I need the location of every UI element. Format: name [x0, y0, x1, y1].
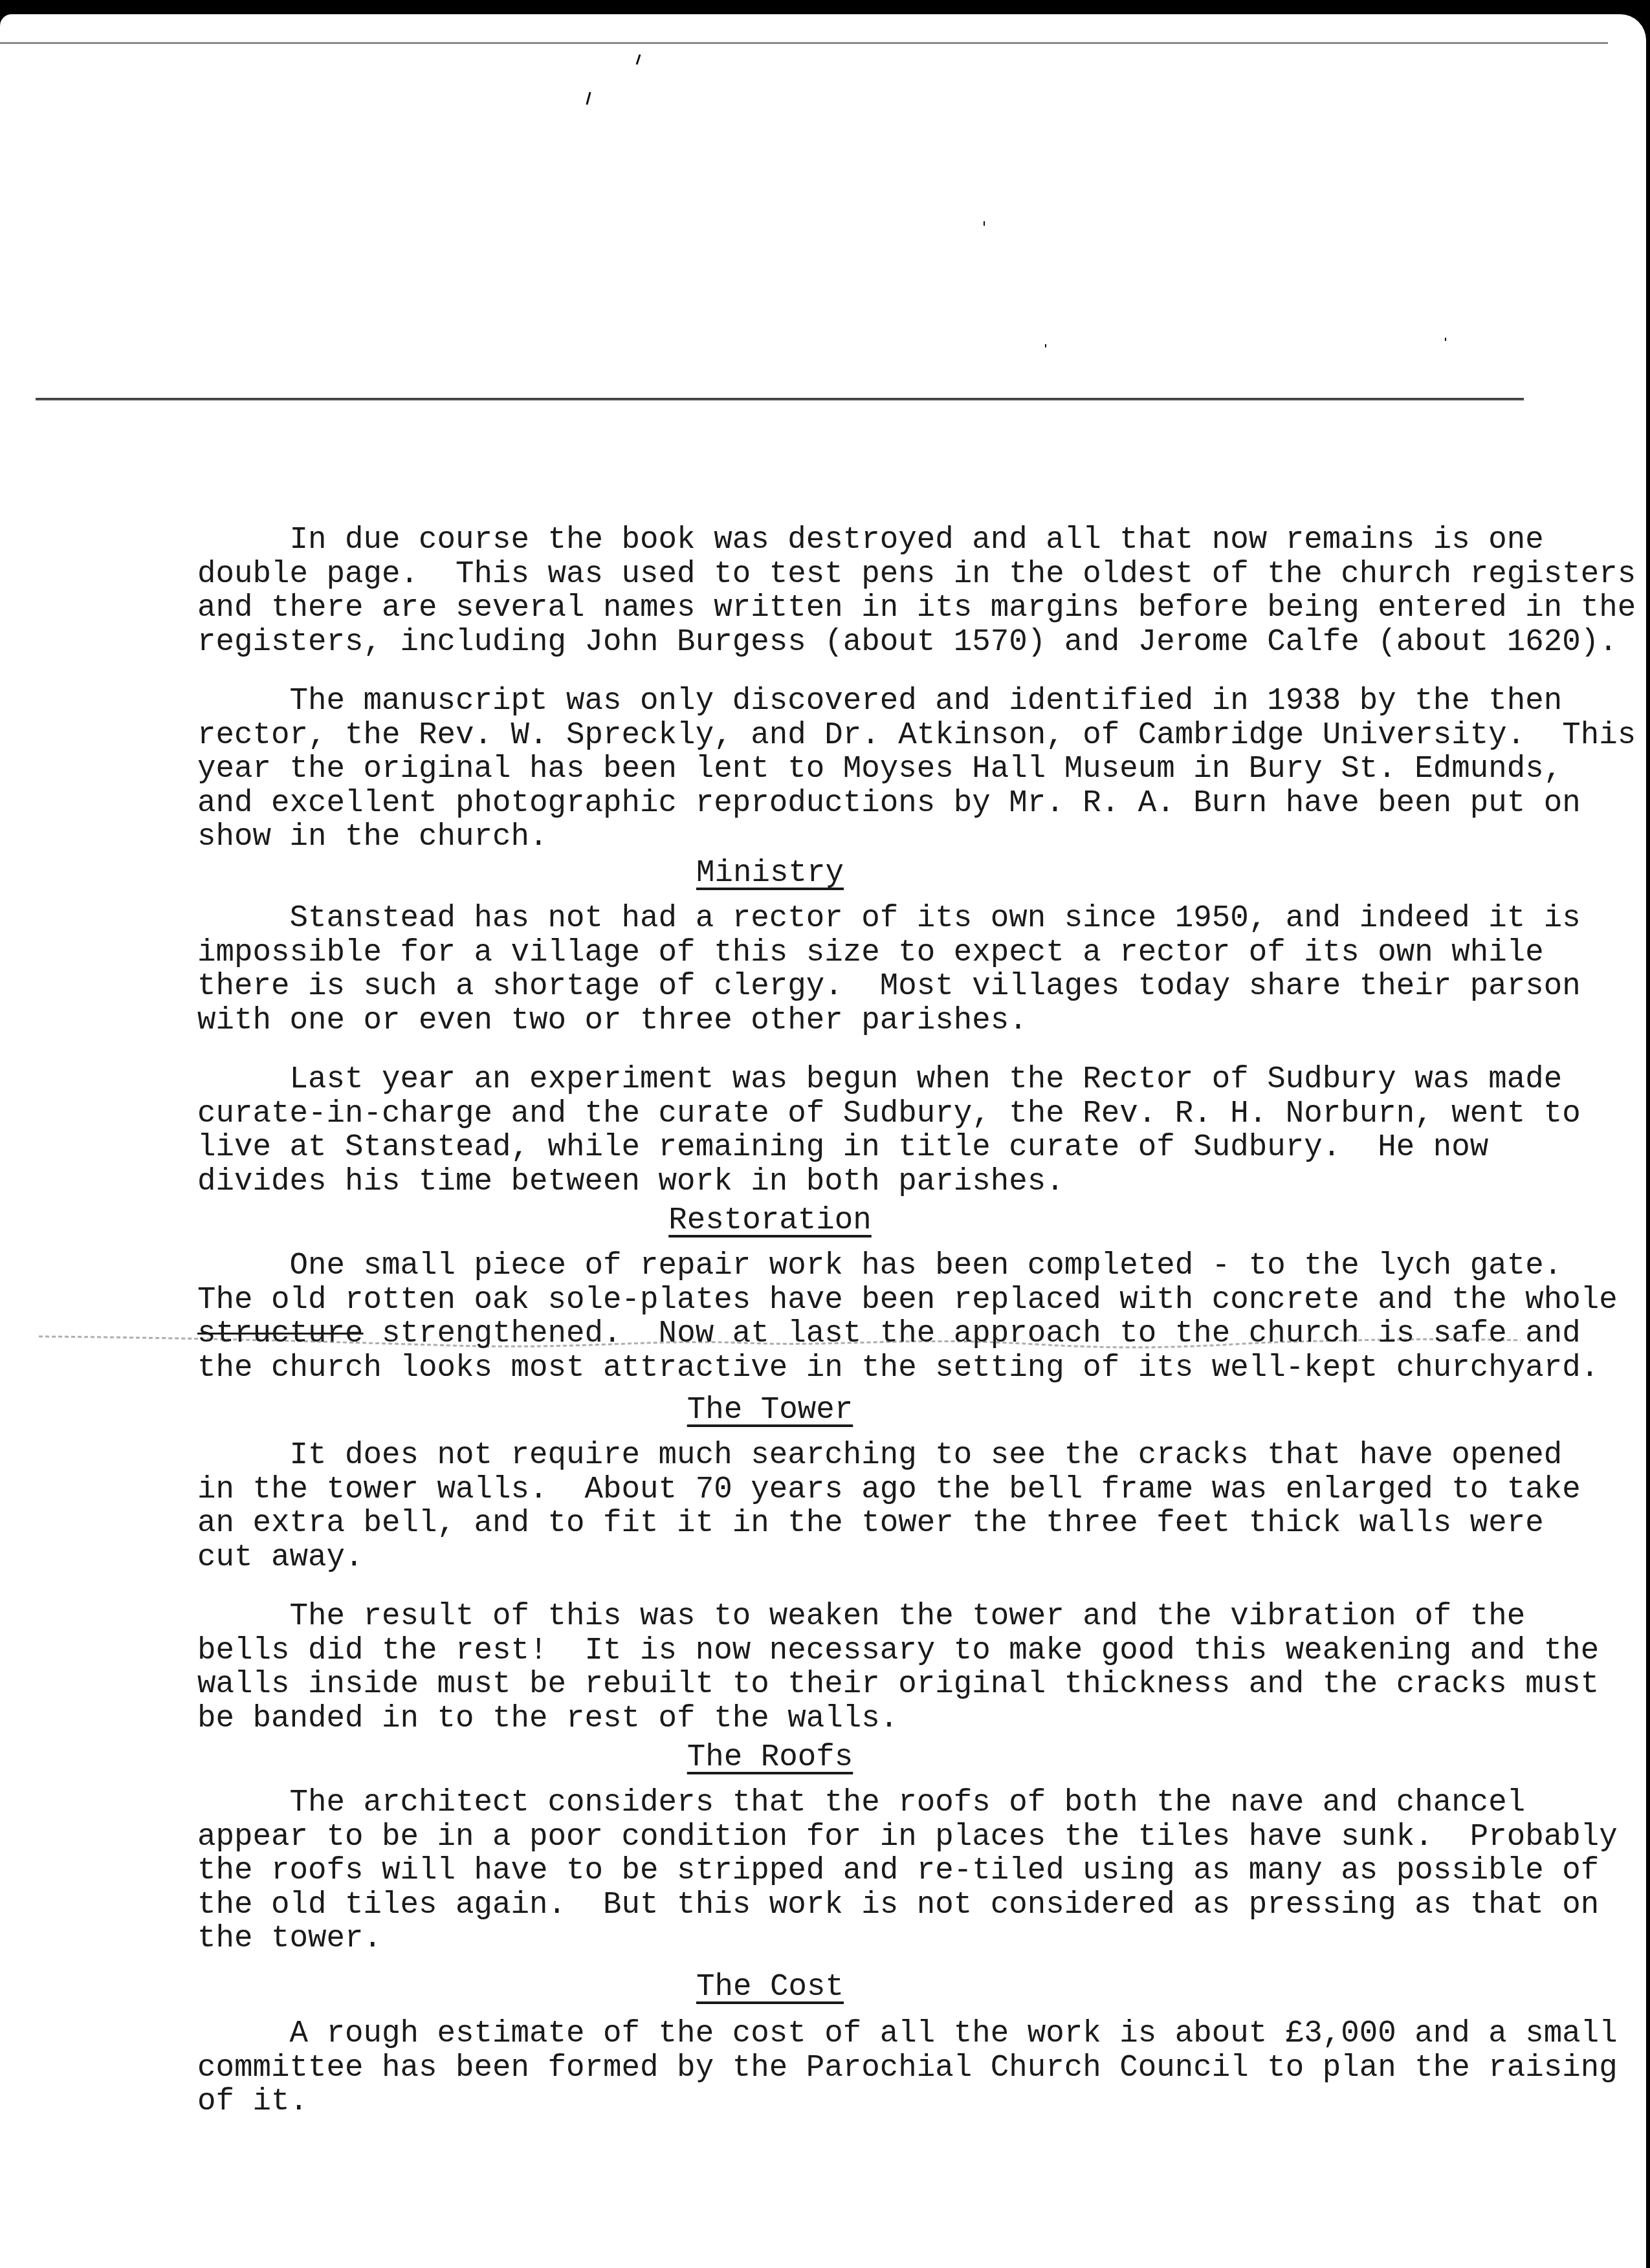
- text-line: Last year an experiment was begun when t…: [197, 1065, 1562, 1096]
- text-line: A rough estimate of the cost of all the …: [197, 2019, 1618, 2050]
- section-heading-cost: The Cost: [0, 1972, 1540, 2003]
- text-line: with one or even two or three other pari…: [197, 1006, 1028, 1037]
- text-line: and there are several names written in i…: [197, 593, 1636, 624]
- text-line: double page. This was used to test pens …: [197, 560, 1636, 591]
- section-heading-restoration: Restoration: [0, 1206, 1540, 1237]
- text-line: In due course the book was destroyed and…: [197, 525, 1544, 556]
- text-line: an extra bell, and to fit it in the towe…: [197, 1509, 1544, 1540]
- text-line: The old rotten oak sole-plates have been…: [197, 1285, 1618, 1316]
- text-line: bells did the rest! It is now necessary …: [197, 1636, 1599, 1667]
- text-line: registers, including John Burgess (about…: [197, 627, 1618, 659]
- text-line: committee has been formed by the Parochi…: [197, 2053, 1618, 2084]
- scan-mark: [636, 54, 641, 65]
- section-heading-text: Restoration: [668, 1203, 872, 1238]
- text-line: be banded in to the rest of the walls.: [197, 1704, 898, 1735]
- text-line: the church looks most attractive in the …: [197, 1353, 1599, 1384]
- section-heading-tower: The Tower: [0, 1395, 1540, 1426]
- scan-mark: [586, 92, 591, 105]
- text-line: the roofs will have to be stripped and r…: [197, 1856, 1599, 1887]
- text-line: live at Stanstead, while remaining in ti…: [197, 1133, 1488, 1164]
- text-line: walls inside must be rebuilt to their or…: [197, 1670, 1599, 1701]
- text-line: in the tower walls. About 70 years ago t…: [197, 1475, 1581, 1506]
- scan-mark: [984, 221, 985, 226]
- text-line: curate-in-charge and the curate of Sudbu…: [197, 1099, 1581, 1130]
- text-line: The manuscript was only discovered and i…: [197, 686, 1562, 717]
- text-line: impossible for a village of this size to…: [197, 938, 1544, 969]
- text-line: rector, the Rev. W. Spreckly, and Dr. At…: [197, 721, 1636, 752]
- text-line: the old tiles again. But this work is no…: [197, 1890, 1599, 1921]
- text-line: the tower.: [197, 1924, 382, 1955]
- text-line: and excellent photographic reproductions…: [197, 789, 1581, 820]
- section-heading-text: The Cost: [696, 1970, 844, 2005]
- text-line: year the original has been lent to Moyse…: [197, 754, 1562, 785]
- text-line: show in the church.: [197, 822, 548, 853]
- struck-word: structure: [197, 1316, 364, 1351]
- section-heading-roofs: The Roofs: [0, 1743, 1540, 1774]
- text-line: divides his time between work in both pa…: [197, 1167, 1064, 1198]
- section-heading-text: The Roofs: [687, 1740, 853, 1775]
- text-line: structure strengthened. Now at last the …: [197, 1319, 1581, 1350]
- scan-mark: [1445, 338, 1446, 341]
- section-heading-ministry: Ministry: [0, 858, 1540, 889]
- text-line: Stanstead has not had a rector of its ow…: [197, 904, 1581, 935]
- text-line: cut away.: [197, 1543, 364, 1574]
- section-heading-text: Ministry: [696, 856, 844, 891]
- text-line: One small piece of repair work has been …: [197, 1251, 1562, 1282]
- top-edge-rule: [0, 42, 1608, 44]
- text-line: there is such a shortage of clergy. Most…: [197, 972, 1581, 1003]
- text-line: It does not require much searching to se…: [197, 1441, 1562, 1472]
- text-line: The result of this was to weaken the tow…: [197, 1602, 1525, 1633]
- text-line: The architect considers that the roofs o…: [197, 1788, 1525, 1819]
- scan-mark: [1045, 344, 1046, 347]
- section-heading-text: The Tower: [687, 1393, 853, 1428]
- text-line: of it.: [197, 2087, 308, 2118]
- text-line: appear to be in a poor condition for in …: [197, 1822, 1618, 1853]
- scanned-page: In due course the book was destroyed and…: [0, 14, 1646, 2268]
- header-divider-rule: [36, 398, 1524, 400]
